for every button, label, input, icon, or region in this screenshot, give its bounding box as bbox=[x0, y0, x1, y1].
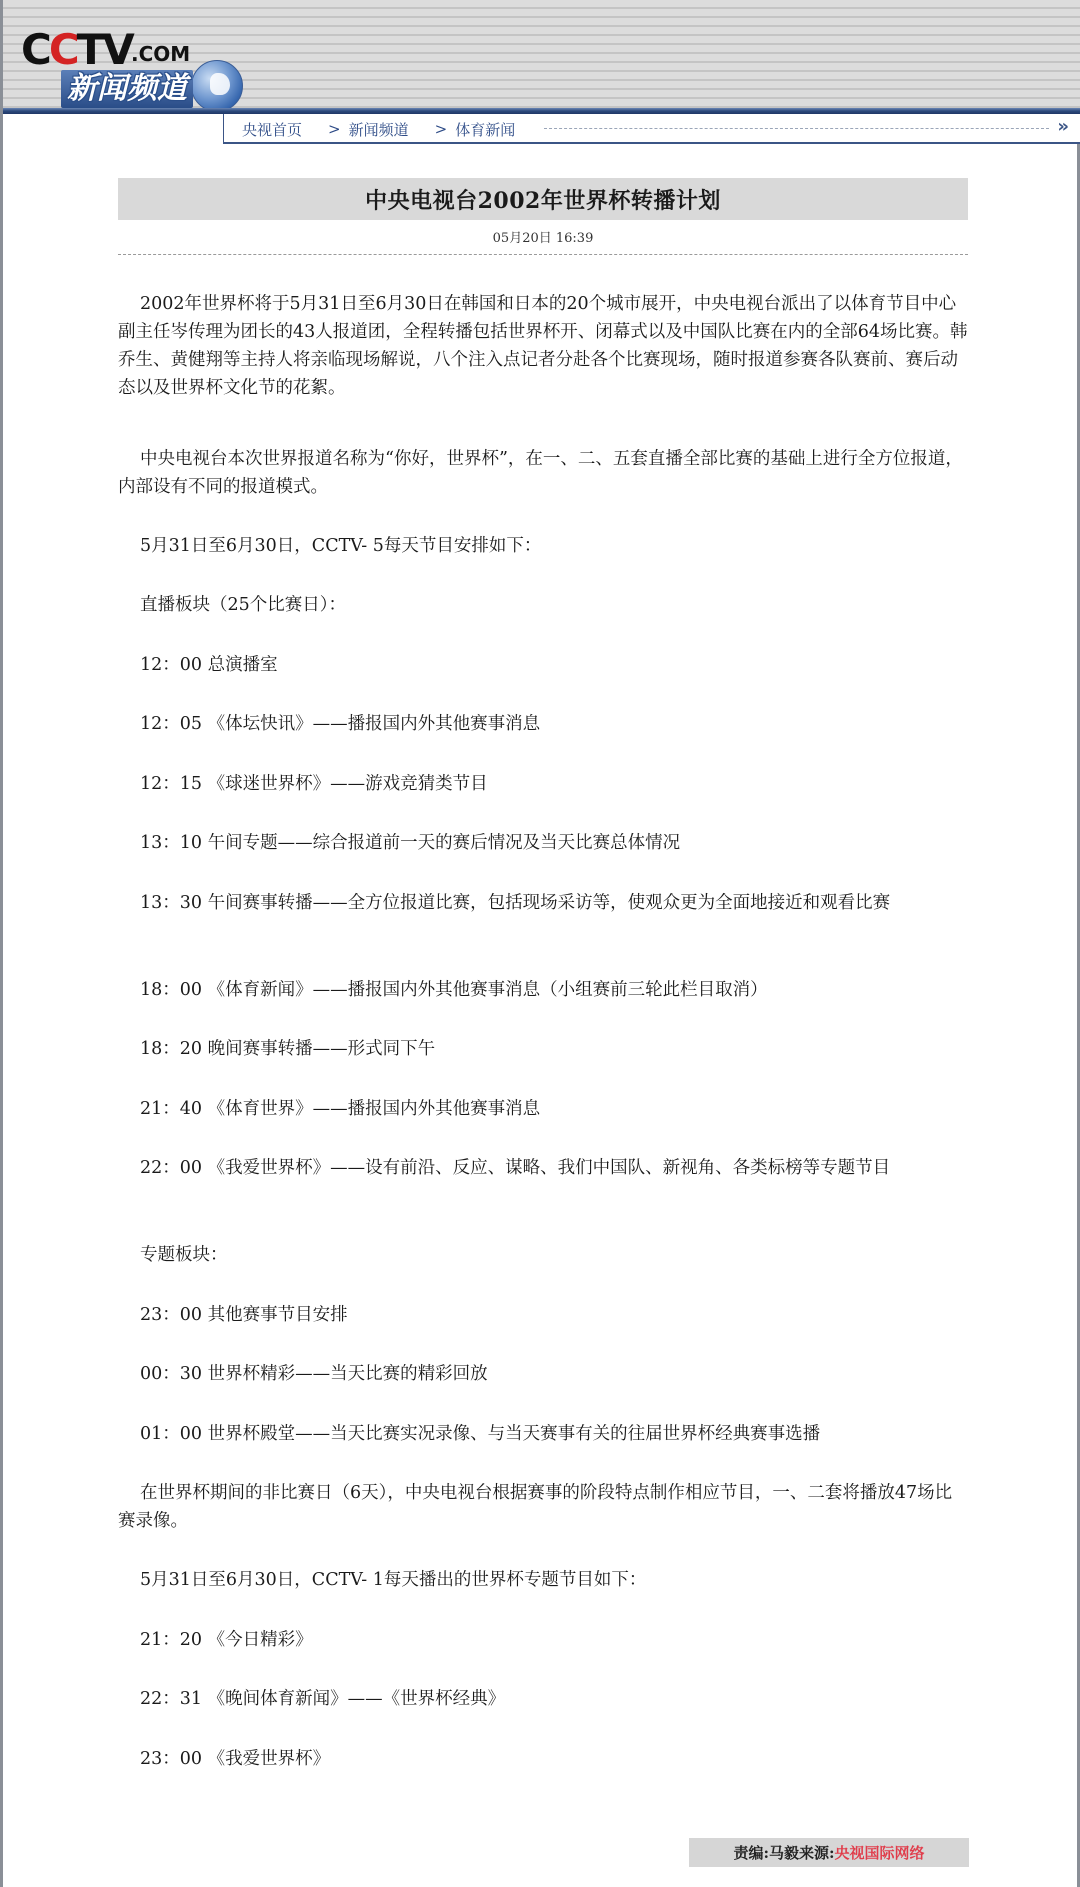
schedule-item: 13：10 午间专题——综合报道前一天的赛后情况及当天比赛总体情况 bbox=[118, 829, 968, 857]
schedule-item: 23：00 《我爱世界杯》 bbox=[118, 1745, 968, 1773]
breadcrumb-dotted-line bbox=[544, 128, 1049, 129]
schedule-item: 13：30 午间赛事转播——全方位报道比赛，包括现场采访等，使观众更为全面地接近… bbox=[118, 889, 968, 917]
breadcrumb-news-channel[interactable]: 新闻频道 bbox=[349, 119, 409, 140]
source-label: 来源: bbox=[799, 1842, 835, 1863]
paragraph-non-match-days: 在世界杯期间的非比赛日（6天），中央电视台根据赛事的阶段特点制作相应节目，一、二… bbox=[118, 1479, 968, 1535]
source-link[interactable]: 央视国际网络 bbox=[835, 1842, 925, 1863]
schedule-item: 22：00 《我爱世界杯》——设有前沿、反应、谋略、我们中国队、新视角、各类标榜… bbox=[118, 1154, 968, 1182]
schedule-item: 23：00 其他赛事节目安排 bbox=[118, 1301, 968, 1329]
schedule-item: 22：31 《晚间体育新闻》——《世界杯经典》 bbox=[118, 1685, 968, 1713]
article-timestamp: 05月20日 16:39 bbox=[118, 227, 968, 246]
title-divider bbox=[118, 254, 968, 255]
schedule-item: 21：40 《体育世界》——播报国内外其他赛事消息 bbox=[118, 1095, 968, 1123]
logo-letter-c-red: C bbox=[49, 25, 77, 74]
paragraph-cctv1-schedule-intro: 5月31日至6月30日，CCTV- 1每天播出的世界杯专题节目如下： bbox=[118, 1566, 968, 1594]
logo-letters-tv: TV bbox=[77, 25, 132, 74]
cctv-logo[interactable]: CCTV .COM 新闻频道 bbox=[21, 30, 251, 112]
breadcrumb-home[interactable]: 央视首页 bbox=[242, 119, 302, 140]
logo-letter-c: C bbox=[21, 25, 49, 74]
article-title: 中央电视台2002年世界杯转播计划 bbox=[365, 184, 721, 215]
paragraph-intro: 2002年世界杯将于5月31日至6月30日在韩国和日本的20个城市展开，中央电视… bbox=[118, 290, 968, 402]
schedule-item: 18：00 《体育新闻》——播报国内外其他赛事消息（小组赛前三轮此栏目取消） bbox=[118, 976, 968, 1004]
schedule-item: 12：00 总演播室 bbox=[118, 651, 968, 679]
article-title-bar: 中央电视台2002年世界杯转播计划 bbox=[118, 178, 968, 220]
section-label-special: 专题板块： bbox=[118, 1241, 968, 1269]
footer-credit: 责编: 马毅 来源: 央视国际网络 bbox=[689, 1838, 969, 1867]
schedule-item: 00：30 世界杯精彩——当天比赛的精彩回放 bbox=[118, 1360, 968, 1388]
breadcrumb-container: 央视首页 > 新闻频道 > 体育新闻 » bbox=[223, 114, 1080, 144]
logo-wordmark: CCTV bbox=[21, 30, 132, 70]
channel-name: 新闻频道 bbox=[61, 70, 193, 108]
schedule-item: 18：20 晚间赛事转播——形式同下午 bbox=[118, 1035, 968, 1063]
schedule-item: 12：15 《球迷世界杯》——游戏竞猜类节目 bbox=[118, 770, 968, 798]
breadcrumb: 央视首页 > 新闻频道 > 体育新闻 bbox=[242, 119, 515, 139]
schedule-item: 01：00 世界杯殿堂——当天比赛实况录像、与当天赛事有关的往届世界杯经典赛事选… bbox=[118, 1420, 968, 1448]
breadcrumb-separator: > bbox=[328, 120, 341, 138]
schedule-item: 21：20 《今日精彩》 bbox=[118, 1626, 968, 1654]
schedule-item: 12：05 《体坛快讯》——播报国内外其他赛事消息 bbox=[118, 710, 968, 738]
double-chevron-right-icon[interactable]: » bbox=[1057, 116, 1069, 137]
page-frame: CCTV .COM 新闻频道 央视首页 > 新闻频道 > 体育新闻 » 中央电视… bbox=[0, 0, 1080, 1887]
paragraph-cctv5-schedule-intro: 5月31日至6月30日，CCTV- 5每天节目安排如下： bbox=[118, 532, 968, 560]
section-label-live: 直播板块（25个比赛日）： bbox=[118, 591, 968, 619]
editor-name: 马毅 bbox=[769, 1842, 799, 1863]
breadcrumb-separator: > bbox=[435, 120, 448, 138]
globe-icon bbox=[191, 60, 243, 112]
breadcrumb-sports-news[interactable]: 体育新闻 bbox=[455, 119, 515, 140]
editor-label: 责编: bbox=[733, 1842, 769, 1863]
site-header: CCTV .COM 新闻频道 bbox=[3, 0, 1080, 112]
paragraph-coverage-name: 中央电视台本次世界报道名称为“你好，世界杯”，在一、二、五套直播全部比赛的基础上… bbox=[118, 445, 968, 501]
logo-domain: .COM bbox=[131, 42, 190, 66]
